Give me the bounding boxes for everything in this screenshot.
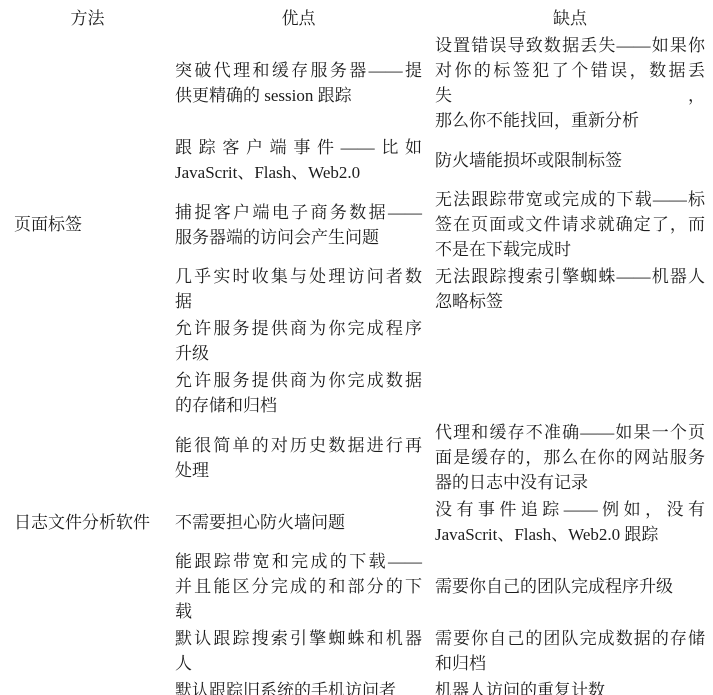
con-text-line: 代理和缓存不准确——如果一个页 — [435, 420, 705, 445]
table-row: 页面标签捕捉客户端电子商务数据——服务器端的访问会产生问题无法跟踪带宽或完成的下… — [0, 187, 713, 262]
pro-text-line: 突破代理和缓存服务器——提 — [175, 58, 422, 83]
pro-cell: 跟踪客户端事件——比如JavaScrit、Flash、Web2.0 — [175, 135, 430, 185]
pro-text-line: 几乎实时收集与处理访问者数 — [175, 264, 422, 289]
table-row: 跟踪客户端事件——比如JavaScrit、Flash、Web2.0防火墙能损坏或… — [0, 135, 713, 185]
con-text-line: 那么你不能找回，重新分析 — [435, 108, 705, 133]
con-text-line: 无法跟踪搜索引擎蜘蛛——机器人 — [435, 264, 705, 289]
con-text-line: 忽略标签 — [435, 289, 705, 314]
pro-cell: 捕捉客户端电子商务数据——服务器端的访问会产生问题 — [175, 200, 430, 250]
table-row: 允许服务提供商为你完成程序升级 — [0, 316, 713, 366]
con-cell: 需要你自己的团队完成程序升级 — [430, 574, 713, 599]
pro-text-line: JavaScrit、Flash、Web2.0 — [175, 160, 422, 185]
pro-cell: 允许服务提供商为你完成数据的存储和归档 — [175, 368, 430, 418]
con-text-line: 需要你自己的团队完成程序升级 — [435, 574, 705, 599]
con-text-line: JavaScrit、Flash、Web2.0 跟踪 — [435, 522, 705, 547]
table-row: 几乎实时收集与处理访问者数据无法跟踪搜索引擎蜘蛛——机器人忽略标签 — [0, 264, 713, 314]
con-text-line: 器的日志中没有记录 — [435, 470, 705, 495]
pro-cell: 默认跟踪旧系统的手机访问者 — [175, 678, 430, 695]
con-text-line: 不是在下载完成时 — [435, 237, 705, 262]
pro-text-line: 不需要担心防火墙问题 — [175, 510, 422, 535]
table-row: 能很简单的对历史数据进行再处理代理和缓存不准确——如果一个页面是缓存的，那么在你… — [0, 420, 713, 495]
pro-cell: 默认跟踪搜索引擎蜘蛛和机器人 — [175, 626, 430, 676]
pro-text-line: 人 — [175, 651, 422, 676]
method-label: 日志文件分析软件 — [14, 510, 175, 535]
comparison-table: 方法 优点 缺点 突破代理和缓存服务器——提供更精确的 session 跟踪设置… — [0, 0, 713, 695]
con-text-line: 面是缓存的，那么在你的网站服务 — [435, 445, 705, 470]
table-row: 能跟踪带宽和完成的下载——并且能区分完成的和部分的下载需要你自己的团队完成程序升… — [0, 549, 713, 624]
method-cell: 页面标签 — [0, 212, 175, 237]
con-text-line: 对你的标签犯了个错误，数据丢失， — [435, 58, 705, 108]
con-text-line: 设置错误导致数据丢失——如果你 — [435, 33, 705, 58]
method-cell: 日志文件分析软件 — [0, 510, 175, 535]
pro-text-line: 供更精确的 session 跟踪 — [175, 83, 422, 108]
pro-text-line: 默认跟踪搜索引擎蜘蛛和机器 — [175, 626, 422, 651]
pro-cell: 能很简单的对历史数据进行再处理 — [175, 433, 430, 483]
table-body: 突破代理和缓存服务器——提供更精确的 session 跟踪设置错误导致数据丢失—… — [0, 33, 713, 695]
con-text-line: 没有事件追踪——例如，没有 — [435, 497, 705, 522]
column-header-method: 方法 — [0, 6, 175, 31]
pro-text-line: 载 — [175, 599, 422, 624]
table-row: 默认跟踪搜索引擎蜘蛛和机器人需要你自己的团队完成数据的存储和归档 — [0, 626, 713, 676]
pro-cell: 几乎实时收集与处理访问者数据 — [175, 264, 430, 314]
column-header-cons: 缺点 — [430, 6, 713, 31]
con-cell: 需要你自己的团队完成数据的存储和归档 — [430, 626, 713, 676]
pro-text-line: 捕捉客户端电子商务数据—— — [175, 200, 422, 225]
pro-cell: 允许服务提供商为你完成程序升级 — [175, 316, 430, 366]
pro-text-line: 处理 — [175, 458, 422, 483]
table-header-row: 方法 优点 缺点 — [0, 6, 713, 31]
con-cell: 设置错误导致数据丢失——如果你对你的标签犯了个错误，数据丢失，那么你不能找回，重… — [430, 33, 713, 133]
con-cell: 机器人访问的重复计数 — [430, 678, 713, 695]
pro-text-line: 默认跟踪旧系统的手机访问者 — [175, 678, 422, 695]
column-header-pros: 优点 — [175, 6, 430, 31]
con-cell: 无法跟踪搜索引擎蜘蛛——机器人忽略标签 — [430, 264, 713, 314]
pro-text-line: 并且能区分完成的和部分的下 — [175, 574, 422, 599]
pro-text-line: 允许服务提供商为你完成数据 — [175, 368, 422, 393]
pro-cell: 能跟踪带宽和完成的下载——并且能区分完成的和部分的下载 — [175, 549, 430, 624]
con-text-line: 无法跟踪带宽或完成的下载——标 — [435, 187, 705, 212]
pro-text-line: 能跟踪带宽和完成的下载—— — [175, 549, 422, 574]
pro-text-line: 跟踪客户端事件——比如 — [175, 135, 422, 160]
con-text-line: 签在页面或文件请求就确定了，而 — [435, 212, 705, 237]
pro-cell: 不需要担心防火墙问题 — [175, 510, 430, 535]
pro-text-line: 升级 — [175, 341, 422, 366]
pro-cell: 突破代理和缓存服务器——提供更精确的 session 跟踪 — [175, 58, 430, 108]
pro-text-line: 的存储和归档 — [175, 393, 422, 418]
con-text-line: 和归档 — [435, 651, 705, 676]
con-cell: 没有事件追踪——例如，没有JavaScrit、Flash、Web2.0 跟踪 — [430, 497, 713, 547]
pro-text-line: 服务器端的访问会产生问题 — [175, 225, 422, 250]
table-row: 突破代理和缓存服务器——提供更精确的 session 跟踪设置错误导致数据丢失—… — [0, 33, 713, 133]
pro-text-line: 能很简单的对历史数据进行再 — [175, 433, 422, 458]
pro-text-line: 据 — [175, 289, 422, 314]
table-row: 默认跟踪旧系统的手机访问者机器人访问的重复计数 — [0, 678, 713, 695]
method-label: 页面标签 — [14, 212, 175, 237]
con-cell: 代理和缓存不准确——如果一个页面是缓存的，那么在你的网站服务器的日志中没有记录 — [430, 420, 713, 495]
table-row: 日志文件分析软件不需要担心防火墙问题没有事件追踪——例如，没有JavaScrit… — [0, 497, 713, 547]
con-cell: 防火墙能损坏或限制标签 — [430, 148, 713, 173]
con-cell: 无法跟踪带宽或完成的下载——标签在页面或文件请求就确定了，而不是在下载完成时 — [430, 187, 713, 262]
table-row: 允许服务提供商为你完成数据的存储和归档 — [0, 368, 713, 418]
con-text-line: 防火墙能损坏或限制标签 — [435, 148, 705, 173]
con-text-line: 机器人访问的重复计数 — [435, 678, 705, 695]
con-text-line: 需要你自己的团队完成数据的存储 — [435, 626, 705, 651]
pro-text-line: 允许服务提供商为你完成程序 — [175, 316, 422, 341]
